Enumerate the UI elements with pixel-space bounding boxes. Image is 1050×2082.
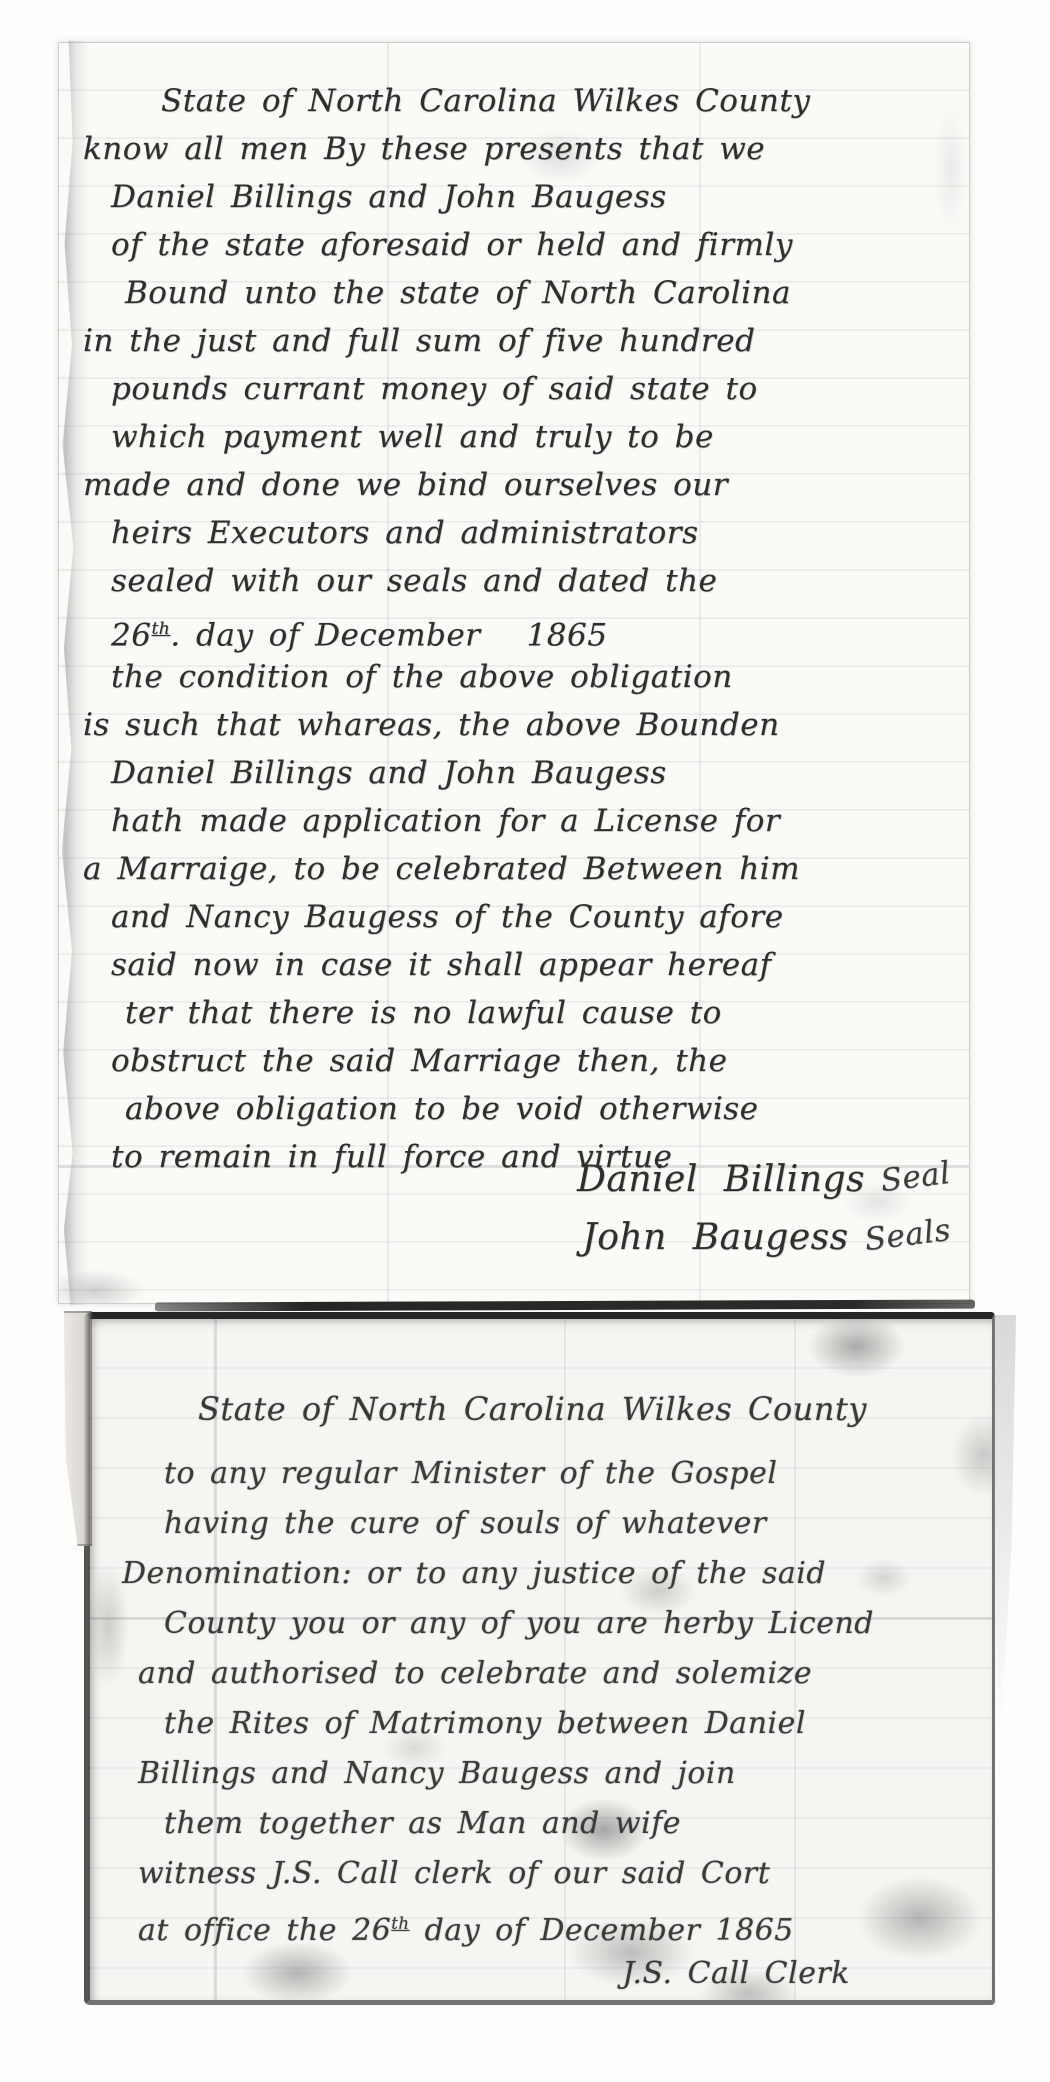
bond-date-day: 26: [111, 617, 151, 653]
license-date-day: 26: [352, 1913, 391, 1948]
license-line: Denomination: or to any justice of the s…: [112, 1549, 978, 1599]
license-text-block: to any regular Minister of the Gospel ha…: [128, 1449, 978, 1999]
bond-line: and Nancy Baugess of the County afore: [103, 893, 953, 941]
license-line: the Rites of Matrimony between Daniel: [128, 1699, 978, 1749]
document-scan: State of North Carolina Wilkes County kn…: [0, 0, 1050, 2082]
license-line: to any regular Minister of the Gospel: [128, 1449, 978, 1499]
bond-line: sealed with our seals and dated the: [103, 557, 953, 605]
license-heading: State of North Carolina Wilkes County: [198, 1385, 972, 1433]
bond-line: the condition of the above obligation: [103, 653, 953, 701]
license-line: Billings and Nancy Baugess and join: [128, 1749, 978, 1799]
license-date-line: at office the 26th day of December 1865: [128, 1899, 978, 1949]
paper-bottom-edge: [155, 1300, 975, 1312]
bond-line: obstruct the said Marriage then, the: [103, 1037, 953, 1085]
bond-line: Daniel Billings and John Baugess: [103, 173, 953, 221]
torn-flap: [60, 1311, 92, 1546]
license-date-pre: at office the: [138, 1913, 352, 1948]
bond-line: said now in case it shall appear hereaf: [103, 941, 953, 989]
signature-row: John BaugessSeals: [577, 1209, 951, 1267]
seal-flourish: Seals: [861, 1201, 954, 1269]
license-date-ordinal: th: [391, 1914, 409, 1933]
bond-line: State of North Carolina Wilkes County: [103, 77, 953, 125]
bond-line: which payment well and truly to be: [103, 413, 953, 461]
bond-line: hath made application for a License for: [103, 797, 953, 845]
license-line: and authorised to celebrate and solemize: [128, 1649, 978, 1699]
bond-line: in the just and full sum of five hundred: [75, 317, 953, 365]
bond-text-block: State of North Carolina Wilkes County kn…: [103, 77, 953, 1181]
license-line: them together as Man and wife: [128, 1799, 978, 1849]
seal-flourish: Seal: [877, 1144, 954, 1210]
license-line: having the cure of souls of whatever: [128, 1499, 978, 1549]
signature-daniel-billings: Daniel Billings: [577, 1159, 865, 1200]
bond-line: ter that there is no lawful cause to: [103, 989, 953, 1037]
paper-right-shadow: [994, 1315, 1016, 1735]
bond-line: made and done we bind ourselves our: [75, 461, 953, 509]
bond-signatures: Daniel BillingsSeal John BaugessSeals: [577, 1151, 951, 1267]
license-line: County you or any of you are herby Licen…: [128, 1599, 978, 1649]
bond-line: know all men By these presents that we: [75, 125, 953, 173]
bond-line: Daniel Billings and John Baugess: [103, 749, 953, 797]
clerk-signature: J.S. Call Clerk: [128, 1949, 978, 1999]
bond-date-ordinal: th: [151, 619, 170, 639]
bond-line: heirs Executors and administrators: [103, 509, 953, 557]
bond-line: is such that whareas, the above Bounden: [75, 701, 953, 749]
bond-line: Bound unto the state of North Carolina: [103, 269, 953, 317]
bond-line: of the state aforesaid or held and firml…: [103, 221, 953, 269]
license-line: witness J.S. Call clerk of our said Cort: [128, 1849, 978, 1899]
torn-edge-left: [55, 41, 89, 1305]
bond-date-line: 26th. day of December 1865: [103, 605, 953, 653]
bond-line: pounds currant money of said state to: [103, 365, 953, 413]
bond-line: a Marraige, to be celebrated Between him: [75, 845, 953, 893]
signature-row: Daniel BillingsSeal: [577, 1151, 951, 1209]
bond-date-rest: . day of December 1865: [170, 617, 607, 653]
license-date-rest: day of December 1865: [410, 1913, 794, 1948]
marriage-bond-page: State of North Carolina Wilkes County kn…: [58, 42, 970, 1304]
marriage-license-page: State of North Carolina Wilkes County to…: [84, 1312, 995, 2005]
bond-line: above obligation to be void otherwise: [103, 1085, 953, 1133]
signature-john-baugess: John Baugess: [582, 1217, 848, 1258]
